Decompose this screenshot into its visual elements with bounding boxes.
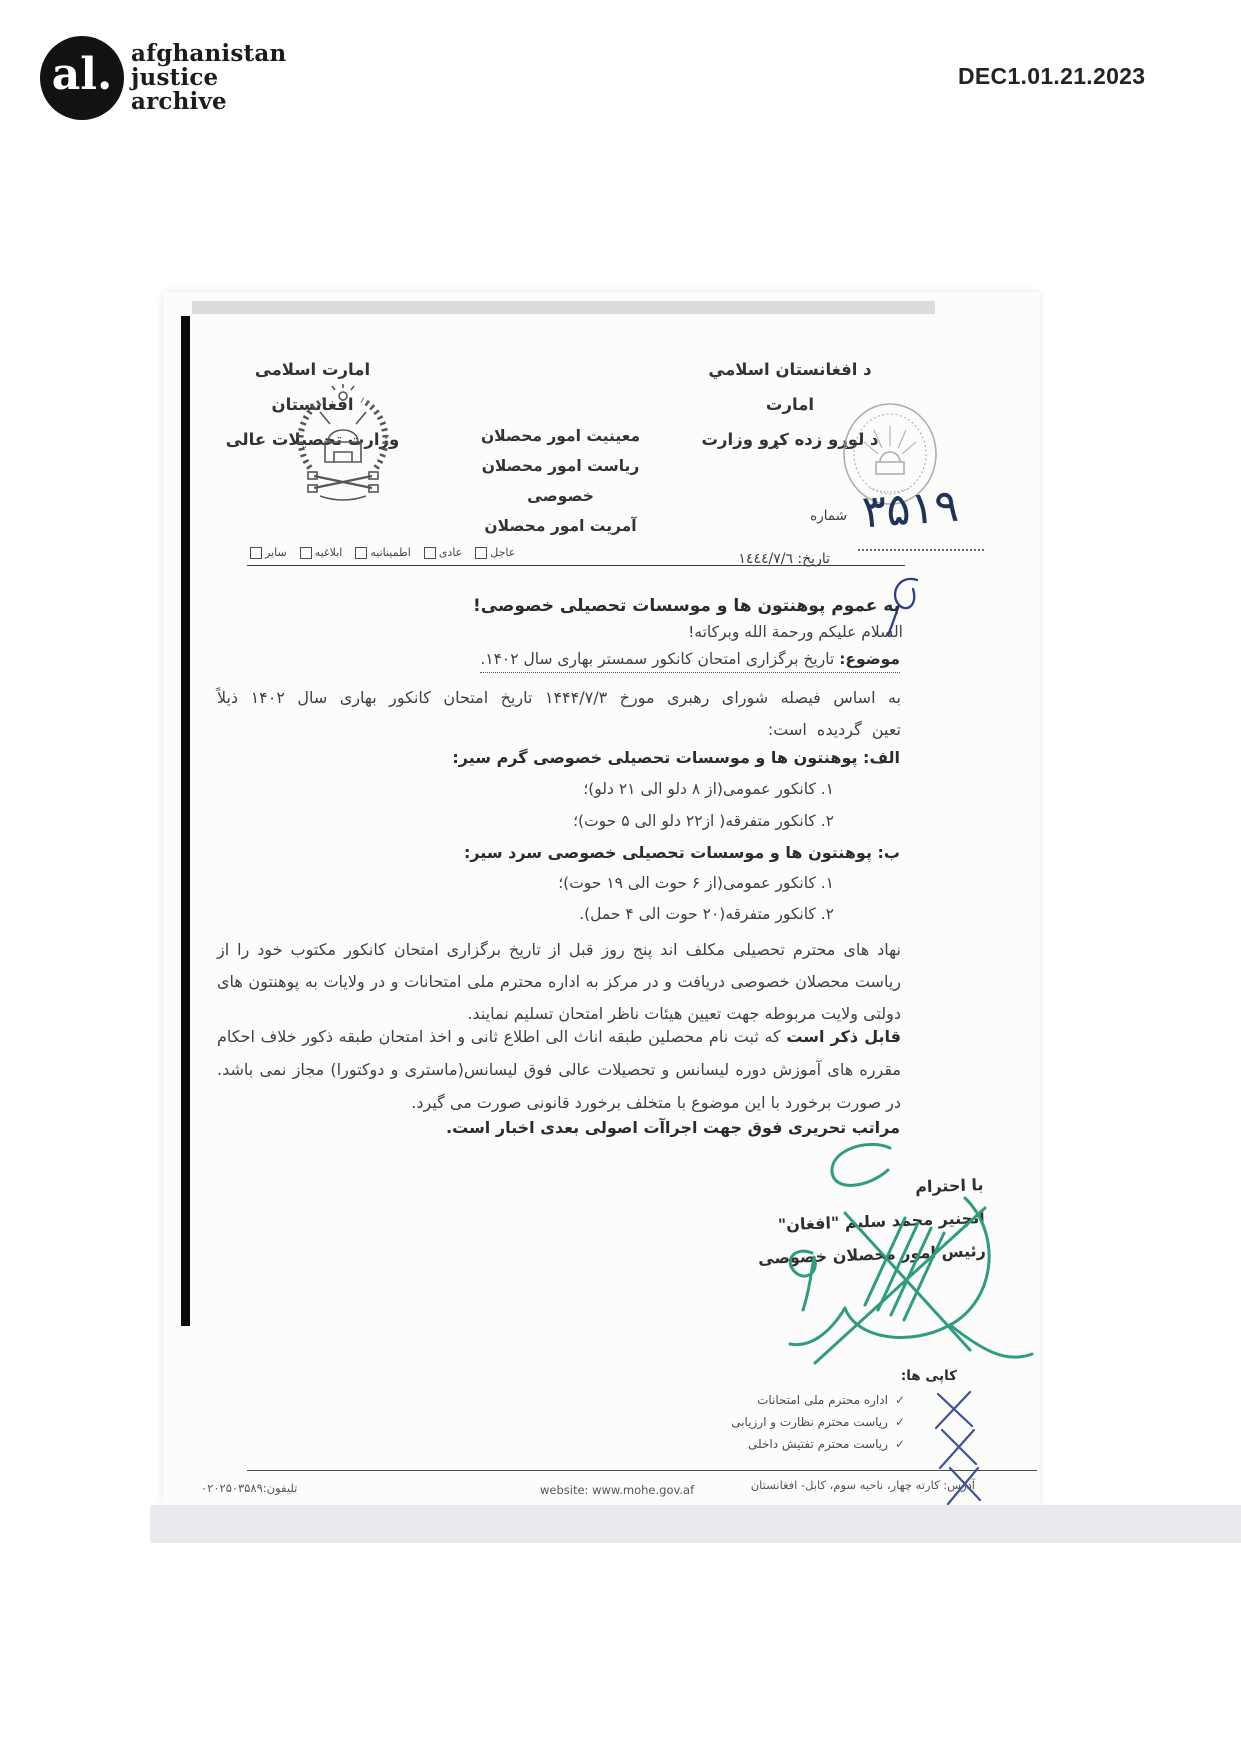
section-b-heading: ب: پوهنتون ها و موسسات تحصیلی خصوصی سرد … bbox=[464, 843, 900, 862]
classification-label: سایر bbox=[265, 546, 287, 559]
subject-label: موضوع: bbox=[839, 650, 900, 668]
archive-wordmark-line: afghanistan bbox=[131, 42, 286, 66]
document-ref-number: DEC1.01.21.2023 bbox=[958, 63, 1145, 90]
footer-divider bbox=[247, 1470, 1037, 1471]
subject-line: موضوع: تاریخ برگزاری امتحان کانکور سمستر… bbox=[480, 650, 900, 673]
paragraph-note-lead: قابل ذکر است bbox=[786, 1027, 901, 1046]
footer-phone: تلیفون:۰۲۰۲۵۰۳۵۸۹ bbox=[201, 1481, 297, 1495]
paragraph-obligation: نهاد های محترم تحصیلی مکلف اند پنج روز ق… bbox=[217, 934, 901, 1030]
footer-website: website: www.mohe.gov.af bbox=[540, 1483, 694, 1497]
classification-label: ابلاغیه bbox=[315, 546, 343, 559]
serial-number-handwritten: ۳۵۱۹ bbox=[861, 483, 961, 535]
section-a-heading: الف: پوهنتون ها و موسسات تحصیلی خصوصی گر… bbox=[452, 748, 900, 767]
serial-dotted-line bbox=[858, 549, 984, 551]
subject-text: تاریخ برگزاری امتحان کانکور سمستر بهاری … bbox=[480, 650, 839, 668]
classification-checkbox-row: عاجل عادی اطمینانیه ابلاغیه سایر bbox=[250, 546, 515, 559]
letterhead-department-block: معینیت امور محصلان ریاست امور محصلان خصو… bbox=[448, 421, 673, 541]
ministry-emblem-icon bbox=[280, 384, 406, 502]
check-icon: ✓ bbox=[895, 1393, 905, 1407]
classification-checkbox bbox=[424, 547, 436, 559]
classification-label: عاجل bbox=[490, 546, 515, 559]
recipient-line: به عموم پوهنتون ها و موسسات تحصیلی خصوصی… bbox=[473, 596, 900, 616]
copy-recipient-row: ✓ اداره محترم ملی امتحانات bbox=[757, 1393, 905, 1407]
paragraph-note: قابل ذکر است که ثبت نام محصلین طبقه اناث… bbox=[217, 1020, 901, 1119]
classification-label: عادی bbox=[439, 546, 462, 559]
section-a-item: ۲. کانکور متفرقه( از۲۲ دلو الی ۵ حوت)؛ bbox=[573, 812, 834, 830]
letterhead-department-line: معینیت امور محصلان bbox=[448, 421, 673, 451]
scan-edge-shadow-top bbox=[192, 301, 935, 314]
greeting-line: السلام علیکم ورحمة الله وبرکاته! bbox=[688, 623, 903, 641]
copies-heading: کاپی ها: bbox=[901, 1368, 957, 1384]
classification-item: سایر bbox=[250, 546, 287, 559]
copy-recipient-label: ریاست محترم تفتیش داخلی bbox=[748, 1437, 888, 1451]
footer-address: آدرس: کارته چهار، ناحیه سوم، کابل- افغان… bbox=[751, 1478, 975, 1492]
serial-number-label: شماره bbox=[810, 508, 847, 524]
classification-item: عادی bbox=[424, 546, 462, 559]
check-icon: ✓ bbox=[895, 1437, 905, 1451]
classification-checkbox bbox=[355, 547, 367, 559]
archive-wordmark: afghanistan justice archive bbox=[131, 42, 286, 114]
signature-ink-icon bbox=[770, 1138, 1050, 1378]
paragraph-decision: به اساس فیصله شورای رهبری مورخ ۱۴۴۴/۷/۳ … bbox=[217, 682, 901, 746]
check-icon: ✓ bbox=[895, 1415, 905, 1429]
archive-wordmark-line: archive bbox=[131, 90, 286, 114]
page: { "archive": { "monogram": "al.", "wordm… bbox=[0, 0, 1241, 1754]
classification-item: عاجل bbox=[475, 546, 515, 559]
letterhead-department-line: آمریت امور محصلان bbox=[448, 511, 673, 541]
copy-recipient-row: ✓ ریاست محترم تفتیش داخلی bbox=[748, 1437, 905, 1451]
classification-item: اطمینانیه bbox=[355, 546, 410, 559]
classification-checkbox bbox=[250, 547, 262, 559]
letterhead-divider bbox=[247, 565, 905, 566]
classification-checkbox bbox=[300, 547, 312, 559]
classification-label: اطمینانیه bbox=[370, 546, 410, 559]
copy-recipient-label: ریاست محترم نظارت و ارزیابی bbox=[731, 1415, 888, 1429]
classification-checkbox bbox=[475, 547, 487, 559]
section-b-item: ۱. کانکور عمومی(از ۶ حوت الی ۱۹ حوت)؛ bbox=[558, 874, 834, 892]
letterhead-department-line: ریاست امور محصلان خصوصی bbox=[448, 451, 673, 511]
copy-recipient-label: اداره محترم ملی امتحانات bbox=[757, 1393, 888, 1407]
closing-line: مراتب تحریری فوق جهت اجراآت اصولی بعدی ا… bbox=[446, 1118, 900, 1137]
section-a-item: ۱. کانکور عمومی(از ۸ دلو الی ۲۱ دلو)؛ bbox=[583, 780, 834, 798]
scan-edge-bar-left bbox=[181, 316, 190, 1326]
archive-logo-monogram: al. bbox=[52, 53, 113, 103]
copy-recipient-row: ✓ ریاست محترم نظارت و ارزیابی bbox=[731, 1415, 905, 1429]
archive-logo: al. bbox=[40, 36, 124, 120]
section-b-item: ۲. کانکور متفرقه(۲۰ حوت الی ۴ حمل). bbox=[579, 905, 834, 923]
classification-item: ابلاغیه bbox=[300, 546, 343, 559]
scan-edge-shadow-bottom bbox=[150, 1505, 1241, 1543]
archive-wordmark-line: justice bbox=[131, 66, 286, 90]
